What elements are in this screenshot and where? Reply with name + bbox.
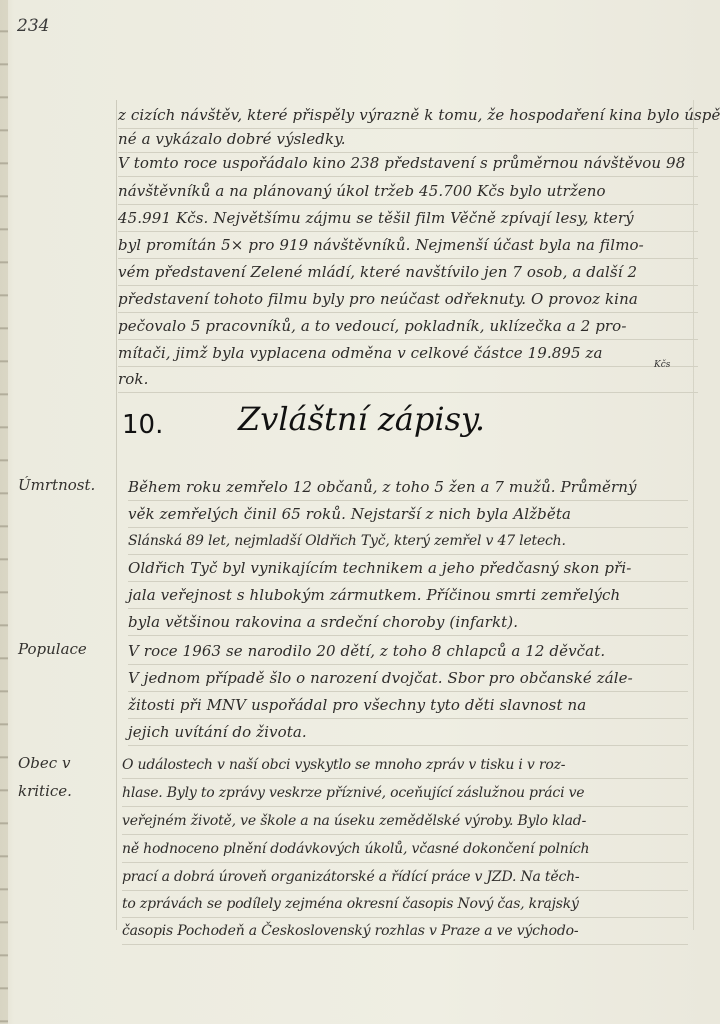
text-line: věk zemřelých činil 65 roků. Nejstarší z…	[128, 503, 688, 528]
text-line: byla většinou rakovina a srdeční choroby…	[128, 611, 688, 636]
text-line: vém představení Zelené mládí, které navš…	[118, 261, 698, 286]
text-line: z cizích návštěv, které přispěly výrazně…	[118, 104, 698, 129]
text-line: představení tohoto filmu byly pro neúčas…	[118, 288, 698, 313]
text-line: 45.991 Kčs. Největšímu zájmu se těšil fi…	[118, 207, 698, 232]
ledger-page: 234 z cizích návštěv, které přispěly výr…	[0, 0, 720, 1024]
text-line: hlase. Byly to zprávy veskrze příznivé, …	[122, 782, 688, 807]
page-number: 234	[17, 16, 49, 36]
text-line: O událostech v naší obci vyskytlo se mno…	[122, 754, 688, 779]
margin-label-village-in-criticism-line2: kritice.	[18, 782, 72, 800]
text-line: byl promítán 5× pro 919 návštěvníků. Nej…	[118, 234, 698, 259]
text-line: V tomto roce uspořádalo kino 238 předsta…	[118, 152, 698, 177]
section-title: Zvláštní zápisy.	[238, 400, 485, 438]
text-line: návštěvníků a na plánovaný úkol tržeb 45…	[118, 180, 698, 205]
text-line: V jednom případě šlo o narození dvojčat.…	[128, 667, 688, 692]
text-line: Během roku zemřelo 12 občanů, z toho 5 ž…	[128, 476, 688, 501]
text-line: veřejném životě, ve škole a na úseku zem…	[122, 810, 688, 835]
text-line: časopis Pochodeň a Československý rozhla…	[122, 920, 688, 945]
margin-label-mortality: Úmrtnost.	[18, 476, 95, 494]
margin-label-population: Populace	[18, 640, 87, 658]
text-line: ně hodnoceno plnění dodávkových úkolů, v…	[122, 838, 688, 863]
text-line: Oldřich Tyč byl vynikajícím technikem a …	[128, 557, 688, 582]
text-line: to zprávách se podílely zejména okresní …	[122, 893, 688, 918]
text-line: jejich uvítání do života.	[128, 721, 688, 746]
text-line: žitosti při MNV uspořádal pro všechny ty…	[128, 694, 688, 719]
text-line: Slánská 89 let, nejmladší Oldřich Tyč, k…	[128, 530, 688, 555]
text-line: mítači, jimž byla vyplacena odměna v cel…	[118, 342, 698, 367]
text-line: né a vykázalo dobré výsledky.	[118, 128, 698, 153]
margin-label-village-in-criticism-line1: Obec v	[18, 754, 70, 772]
margin-rule	[116, 100, 117, 930]
text-line: rok.	[118, 368, 698, 393]
text-line: prací a dobrá úroveň organizátorské a ří…	[122, 866, 688, 891]
page-binding-edge	[0, 0, 8, 1024]
text-line: jala veřejnost s hlubokým zármutkem. Pří…	[128, 584, 688, 609]
text-line: V roce 1963 se narodilo 20 dětí, z toho …	[128, 640, 688, 665]
section-number: 10.	[122, 410, 163, 440]
text-line: pečovalo 5 pracovníků, a to vedoucí, pok…	[118, 315, 698, 340]
